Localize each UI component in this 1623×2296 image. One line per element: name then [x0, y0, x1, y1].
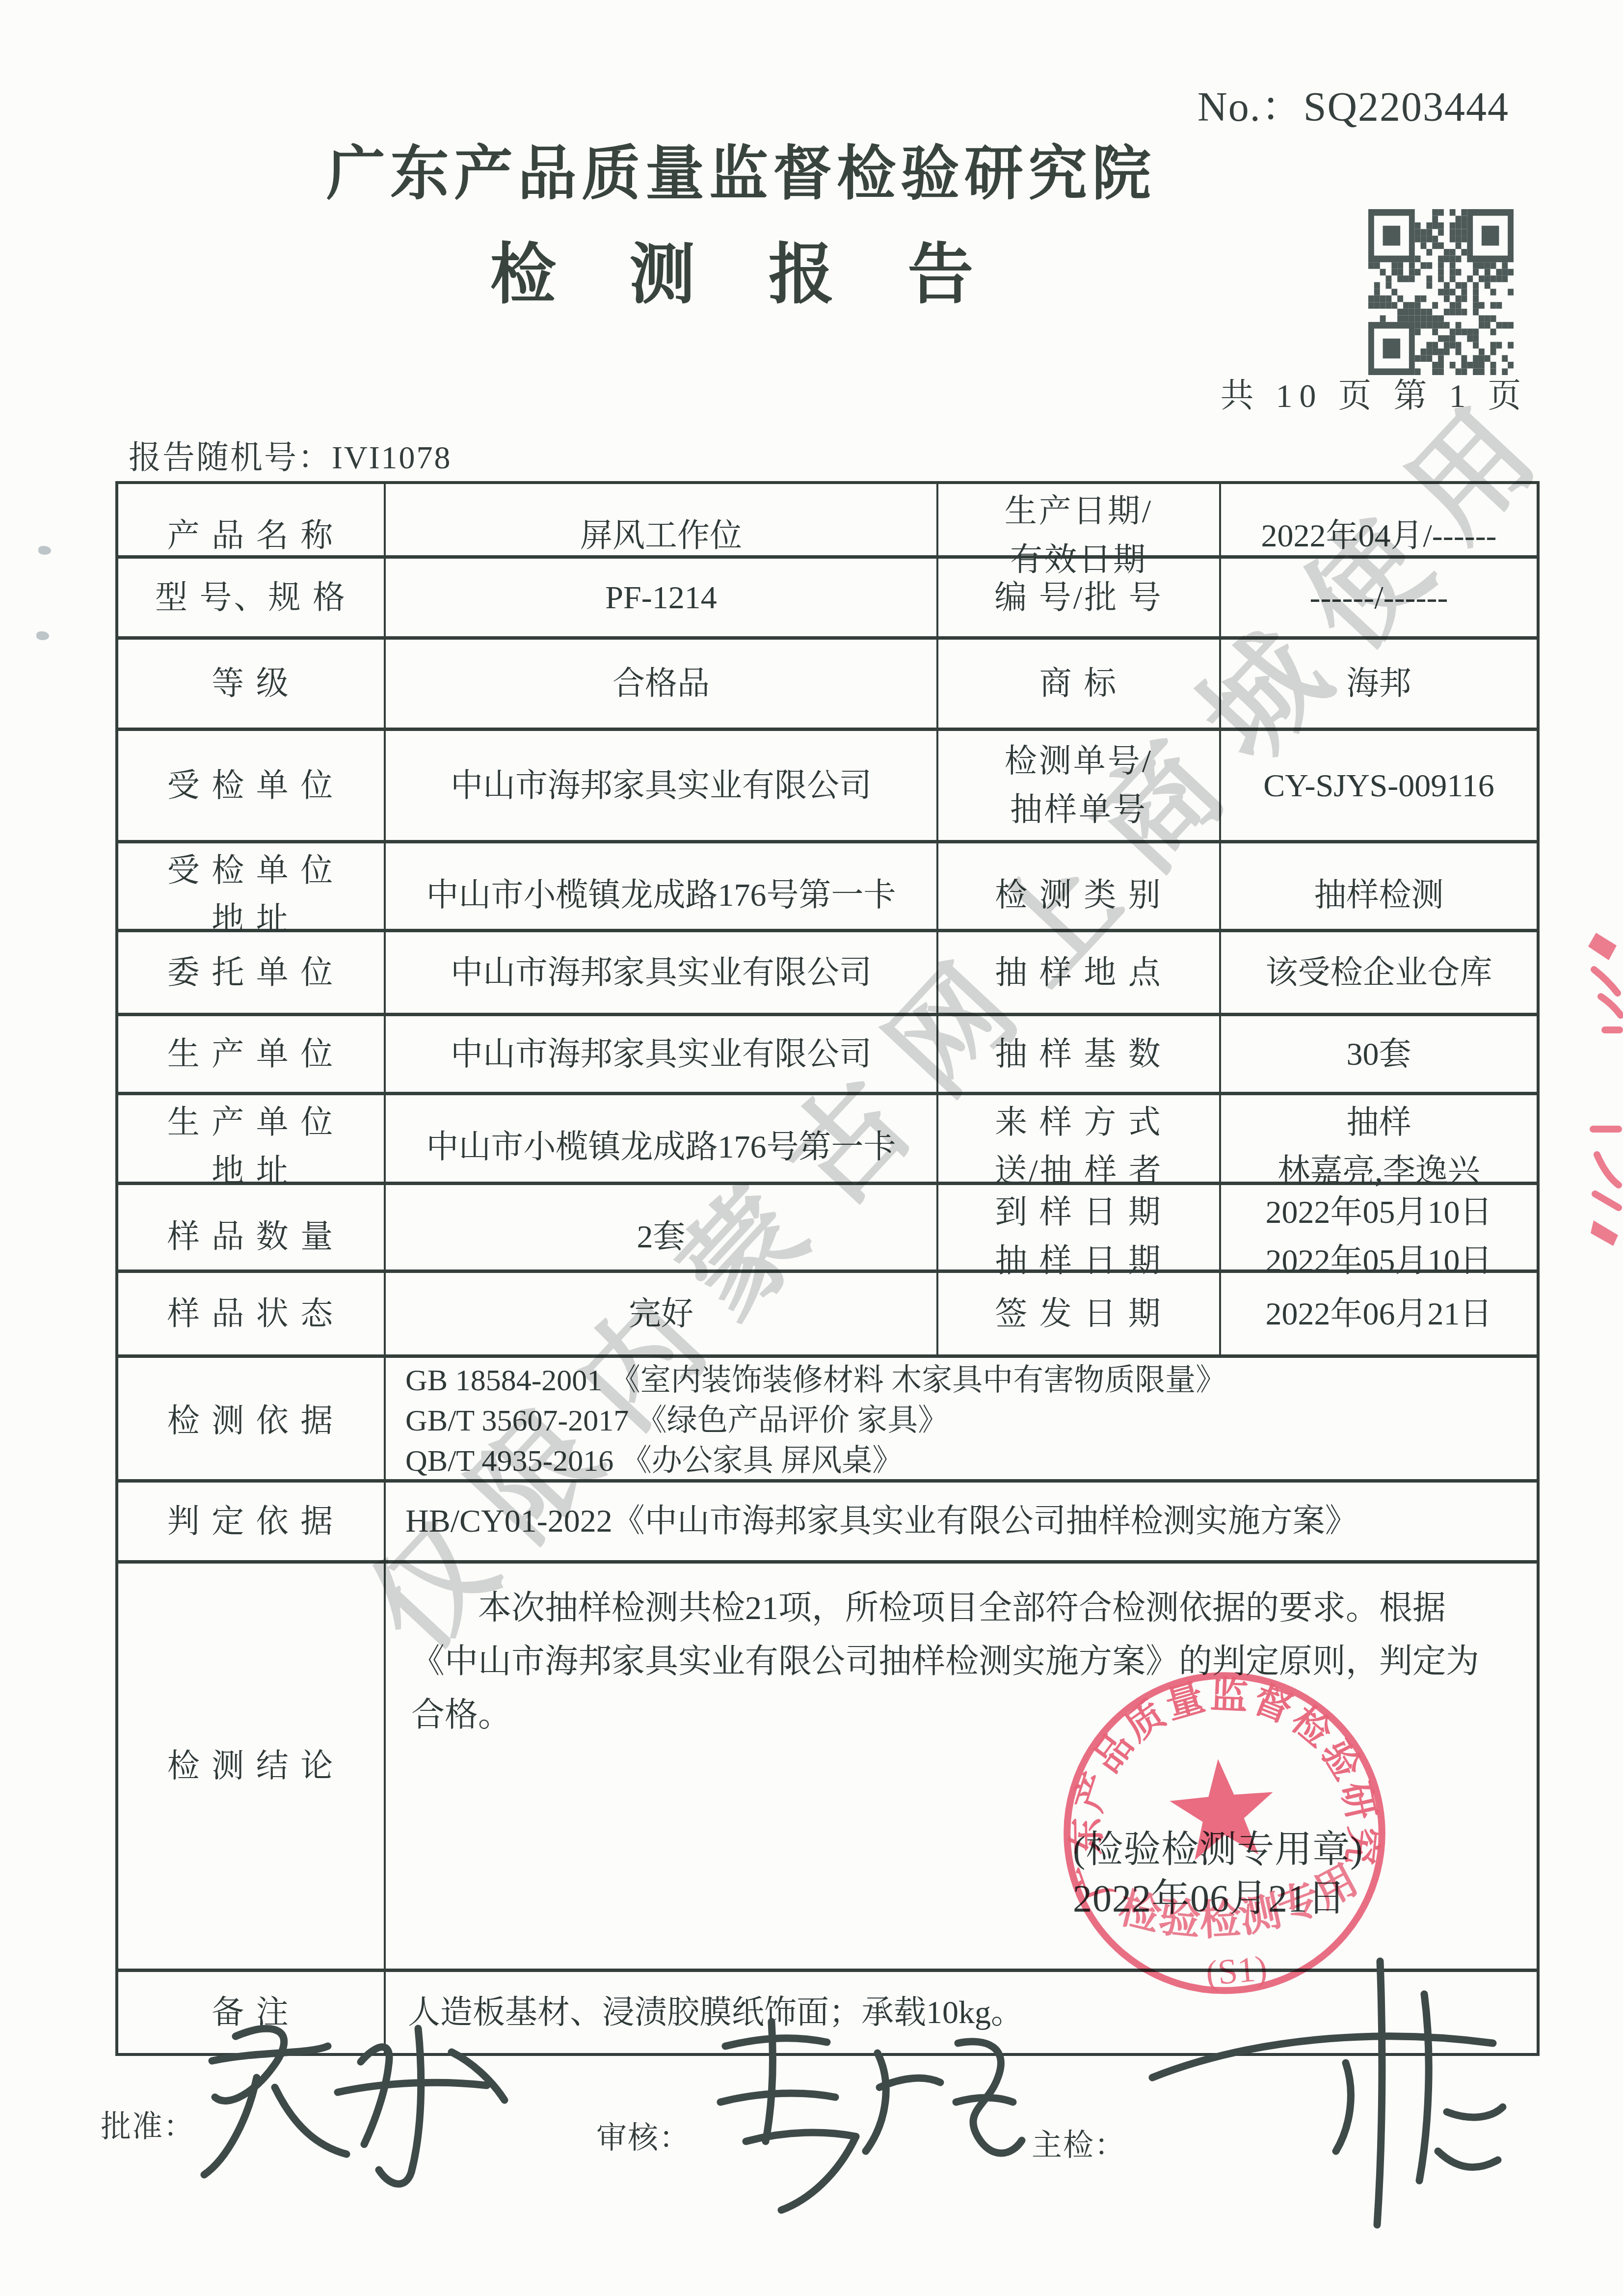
- report-page: 仅限内蒙古网上商城使用 No.：SQ2203444 广东产品质量监督检验研究院 …: [0, 0, 1623, 2296]
